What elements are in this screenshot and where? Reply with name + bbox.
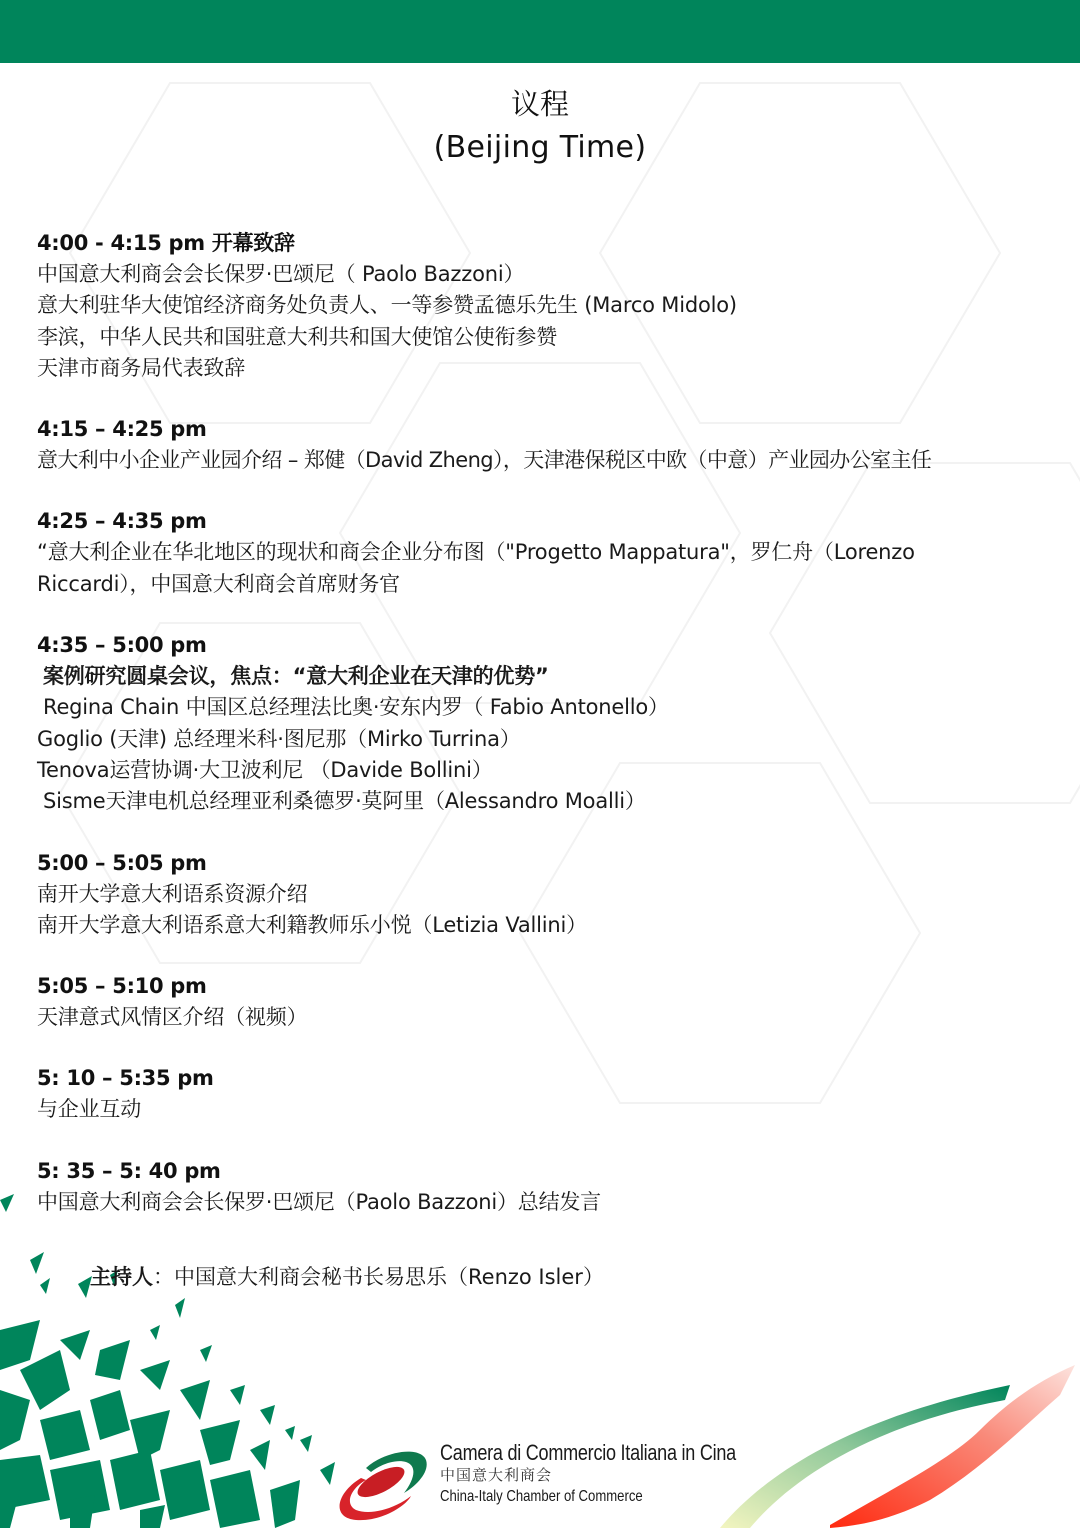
org-name-chinese: 中国意大利商会 xyxy=(440,1466,801,1486)
agenda-session: 4:35 – 5:00 pm 案例研究圆桌会议，焦点：“意大利企业在天津的优势”… xyxy=(37,630,1057,817)
session-line: Regina Chain 中国区总经理法比奥·安东内罗（ Fabio Anton… xyxy=(37,692,1057,723)
session-line: 天津意式风情区介绍（视频） xyxy=(37,1002,1057,1033)
header-bar xyxy=(0,0,1080,63)
session-time: 5:00 – 5:05 pm xyxy=(37,848,1057,879)
org-name-italian: Camera di Commercio Italiana in Cina xyxy=(440,1440,736,1466)
session-line: 李滨，中华人民共和国驻意大利共和国大使馆公使衔参赞 xyxy=(37,322,1057,353)
session-time: 5:05 – 5:10 pm xyxy=(37,971,1057,1002)
session-time: 4:00 - 4:15 pm 开幕致辞 xyxy=(37,228,1057,259)
agenda-session: 5:05 – 5:10 pm 天津意式风情区介绍（视频） xyxy=(37,971,1057,1033)
host-text: ：中国意大利商会秘书长易思乐（Renzo Isler） xyxy=(153,1265,604,1289)
organization-name: Camera di Commercio Italiana in Cina 中国意… xyxy=(440,1440,801,1508)
title-english: (Beijing Time) xyxy=(0,124,1080,172)
session-line: 意大利中小企业产业园介绍 – 郑健（David Zheng），天津港保税区中欧（… xyxy=(37,445,1057,476)
session-line: Tenova运营协调·大卫波利尼 （Davide Bollini） xyxy=(37,755,1057,786)
session-line: 天津市商务局代表致辞 xyxy=(37,353,1057,384)
agenda-session: 4:00 - 4:15 pm 开幕致辞 中国意大利商会会长保罗·巴颂尼（ Pao… xyxy=(37,228,1057,384)
agenda-list: 4:00 - 4:15 pm 开幕致辞 中国意大利商会会长保罗·巴颂尼（ Pao… xyxy=(37,228,1057,1248)
agenda-session: 4:25 – 4:35 pm “意大利企业在华北地区的现状和商会企业分布图（"P… xyxy=(37,506,1057,600)
session-line: Sisme天津电机总经理亚利桑德罗·莫阿里（Alessandro Moalli） xyxy=(37,786,1057,817)
host-label: 主持人 xyxy=(90,1265,153,1289)
session-line: 南开大学意大利语系意大利籍教师乐小悦（Letizia Vallini） xyxy=(37,910,1057,941)
session-line: “意大利企业在华北地区的现状和商会企业分布图（"Progetto Mappatu… xyxy=(37,537,1017,600)
session-line: 南开大学意大利语系资源介绍 xyxy=(37,879,1057,910)
agenda-session: 4:15 – 4:25 pm 意大利中小企业产业园介绍 – 郑健（David Z… xyxy=(37,414,1057,476)
host-line: 主持人：中国意大利商会秘书长易思乐（Renzo Isler） xyxy=(90,1262,604,1293)
agenda-session: 5: 10 – 5:35 pm 与企业互动 xyxy=(37,1063,1057,1125)
org-name-english: China-Italy Chamber of Commerce xyxy=(440,1486,736,1508)
session-time: 4:35 – 5:00 pm xyxy=(37,630,1057,661)
title-chinese: 议程 xyxy=(0,84,1080,124)
agenda-session: 5:00 – 5:05 pm 南开大学意大利语系资源介绍 南开大学意大利语系意大… xyxy=(37,848,1057,942)
china-italy-chamber-logo-icon xyxy=(326,1438,436,1528)
session-time: 4:15 – 4:25 pm xyxy=(37,414,1057,445)
session-time: 4:25 – 4:35 pm xyxy=(37,506,1057,537)
session-line: 中国意大利商会会长保罗·巴颂尼（ Paolo Bazzoni） xyxy=(37,259,1057,290)
session-time: 5: 35 – 5: 40 pm xyxy=(37,1156,1057,1187)
session-line: Goglio (天津) 总经理米科·图尼那（Mirko Turrina） xyxy=(37,724,1057,755)
page-title: 议程 (Beijing Time) xyxy=(0,84,1080,172)
session-topic: 案例研究圆桌会议，焦点：“意大利企业在天津的优势” xyxy=(37,661,1057,692)
session-line: 与企业互动 xyxy=(37,1094,1057,1125)
green-confetti-decoration xyxy=(0,1190,380,1528)
session-line: 意大利驻华大使馆经济商务处负责人、一等参赞孟德乐先生 (Marco Midolo… xyxy=(37,290,1057,321)
session-time: 5: 10 – 5:35 pm xyxy=(37,1063,1057,1094)
